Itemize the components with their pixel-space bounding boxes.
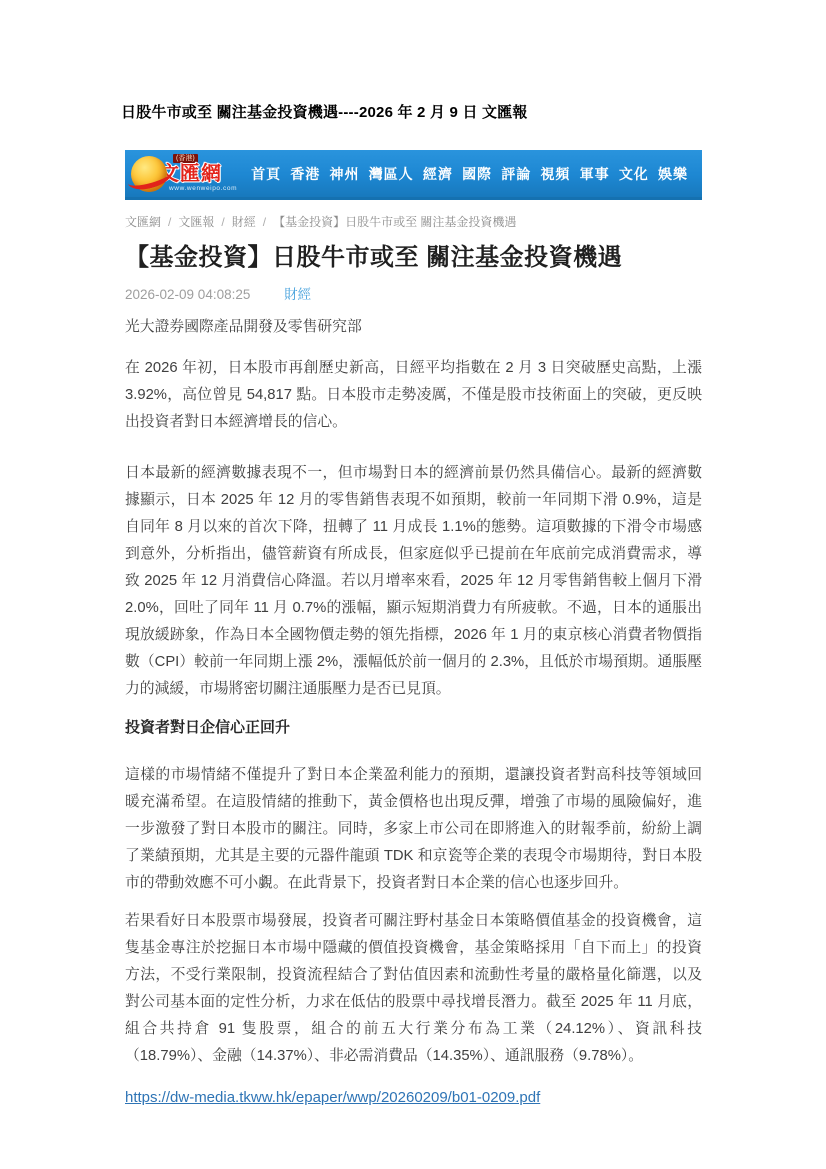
category-link[interactable]: 財經 <box>284 287 311 302</box>
wenweipo-logo[interactable]: (香港) 文匯網 www.wenweipo.com <box>131 154 237 193</box>
article-title: 【基金投資】日股牛市或至 關注基金投資機遇 <box>125 242 702 274</box>
breadcrumb-separator: / <box>263 215 266 229</box>
nav-item-greater-bay[interactable]: 灣區人 <box>369 164 414 184</box>
article-meta: 2026-02-09 04:08:25 財經 <box>125 286 702 304</box>
nav-item-shenzhou[interactable]: 神州 <box>330 164 360 184</box>
main-nav: 首頁 香港 神州 灣區人 經濟 國際 評論 視頻 軍事 文化 娛樂 <box>237 164 692 184</box>
nav-item-international[interactable]: 國際 <box>462 164 492 184</box>
nav-item-hongkong[interactable]: 香港 <box>290 164 320 184</box>
site-navbar: (香港) 文匯網 www.wenweipo.com 首頁 香港 神州 灣區人 經… <box>125 150 702 200</box>
article-paragraph-4: 若果看好日本股票市場發展，投資者可關注野村基金日本策略價值基金的投資機會，這隻基… <box>125 908 702 1070</box>
article-subheading: 投資者對日企信心正回升 <box>125 714 702 741</box>
article-paragraph-2: 日本最新的經濟數據表現不一，但市場對日本的經濟前景仍然具備信心。最新的經濟數據顯… <box>125 460 702 703</box>
breadcrumb-separator: / <box>168 215 171 229</box>
breadcrumb-paper[interactable]: 文匯報 <box>178 215 214 229</box>
article-paragraph-3: 這樣的市場情緒不僅提升了對日本企業盈利能力的預期，還讓投資者對高科技等領域回暖充… <box>125 762 702 897</box>
article-paragraph-1: 在 2026 年初，日本股市再創歷史新高，日經平均指數在 2 月 3 日突破歷史… <box>125 355 702 436</box>
article-timestamp: 2026-02-09 04:08:25 <box>125 287 250 302</box>
webpage-capture: (香港) 文匯網 www.wenweipo.com 首頁 香港 神州 灣區人 經… <box>125 150 702 1107</box>
pdf-link[interactable]: https://dw-media.tkww.hk/epaper/wwp/2026… <box>125 1089 540 1106</box>
logo-region-badge: (香港) <box>173 154 198 163</box>
breadcrumb-site[interactable]: 文匯網 <box>125 215 161 229</box>
breadcrumb: 文匯網/文匯報/財經/【基金投資】日股牛市或至 關注基金投資機遇 <box>125 213 702 230</box>
nav-item-economy[interactable]: 經濟 <box>423 164 453 184</box>
nav-item-entertainment[interactable]: 娛樂 <box>658 164 688 184</box>
article-author: 光大證券國際產品開發及零售研究部 <box>125 314 702 341</box>
document-title: 日股牛市或至 關注基金投資機遇----2026 年 2 月 9 日 文匯報 <box>121 101 528 122</box>
nav-item-home[interactable]: 首頁 <box>251 164 281 184</box>
nav-item-culture[interactable]: 文化 <box>619 164 649 184</box>
logo-url-caption: www.wenweipo.com <box>169 186 237 193</box>
breadcrumb-current: 【基金投資】日股牛市或至 關注基金投資機遇 <box>273 215 516 229</box>
breadcrumb-separator: / <box>221 215 224 229</box>
nav-item-video[interactable]: 視頻 <box>540 164 570 184</box>
nav-item-military[interactable]: 軍事 <box>580 164 610 184</box>
globe-icon <box>131 156 167 192</box>
breadcrumb-finance[interactable]: 財經 <box>232 215 256 229</box>
nav-item-opinion[interactable]: 評論 <box>501 164 531 184</box>
